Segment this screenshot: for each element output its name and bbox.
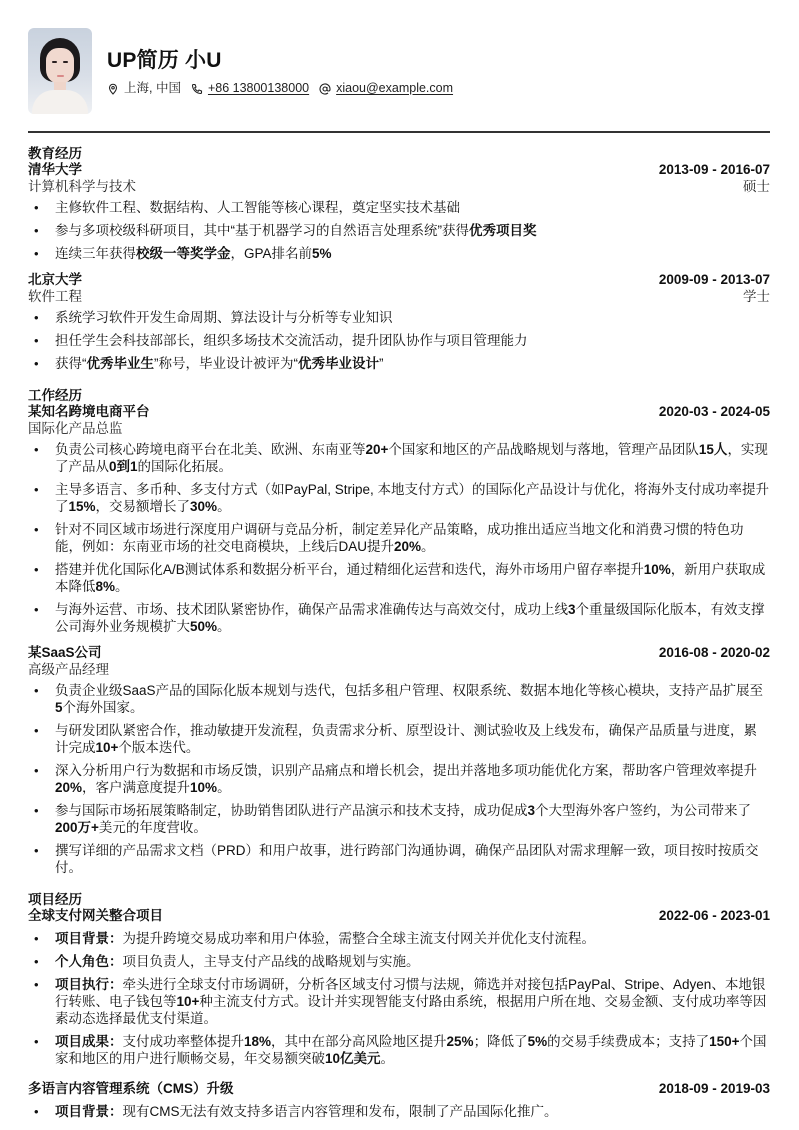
phone-link[interactable]: +86 13800138000 [208,80,309,98]
job-title: 高级产品经理 [28,661,109,678]
bold-text: 项目成果： [55,1034,123,1049]
job-title: 国际化产品总监 [28,420,123,437]
text-run: 。 [381,1051,395,1066]
major: 计算机科学与技术 [28,178,136,195]
text-run: 搭建并优化国际化A/B测试体系和数据分析平台，通过精细化运营和迭代，海外市场用户… [55,562,644,577]
bold-text: 优秀项目奖 [469,223,537,238]
map-pin-icon [107,83,119,95]
phone-icon [191,83,203,95]
date-range: 2009-09 - 2013-07 [659,272,770,288]
work-entry: 某SaaS公司2016-08 - 2020-02高级产品经理负责企业级SaaS产… [28,645,770,876]
entry-subheader: 计算机科学与技术硕士 [28,178,770,195]
text-run: 主修软件工程、数据结构、人工智能等核心课程，奠定坚实技术基础 [55,200,460,215]
school-name: 北京大学 [28,272,82,288]
bold-text: 15% [69,499,96,514]
date-range: 2016-08 - 2020-02 [659,645,770,661]
bullet-item: 项目背景：为提升跨境交易成功率和用户体验，需整合全球主流支付网关并优化支付流程。 [28,930,770,947]
bold-text: 200万+ [55,820,99,835]
bold-text: 15人 [699,442,728,457]
text-run: 连续三年获得 [55,246,136,261]
contact-phone: +86 13800138000 [191,80,309,98]
contact-email: xiaou@example.com [319,80,453,98]
entry-header: 某知名跨境电商平台2020-03 - 2024-05 [28,404,770,420]
bold-text: 50% [190,619,217,634]
section-title: 项目经历 [28,892,770,908]
company-name: 某SaaS公司 [28,645,102,661]
text-run: ，交易额增长了 [96,499,191,514]
bold-text: 5% [528,1034,548,1049]
bullet-item: 系统学习软件开发生命周期、算法设计与分析等专业知识 [28,309,770,326]
work-section: 工作经历 某知名跨境电商平台2020-03 - 2024-05国际化产品总监负责… [28,388,770,876]
bold-text: 10亿美元 [325,1051,381,1066]
text-run: 撰写详细的产品需求文档（PRD）和用户故事，进行跨部门沟通协调，确保产品团队对需… [55,843,759,875]
project-name: 全球支付网关整合项目 [28,908,163,924]
work-entry: 某知名跨境电商平台2020-03 - 2024-05国际化产品总监负责公司核心跨… [28,404,770,635]
bullet-item: 深入分析用户行为数据和市场反馈，识别产品痛点和增长机会，提出并落地多项功能优化方… [28,762,770,796]
section-title: 工作经历 [28,388,770,404]
date-range: 2018-09 - 2019-03 [659,1081,770,1097]
major: 软件工程 [28,288,82,305]
text-run: 个海外国家。 [63,700,144,715]
text-run: 个国家和地区的产品战略规划与落地，管理产品团队 [388,442,699,457]
project-entry: 多语言内容管理系统（CMS）升级2018-09 - 2019-03项目背景：现有… [28,1081,770,1120]
bold-text: 3 [568,602,576,617]
bullet-item: 参与多项校级科研项目，其中“基于机器学习的自然语言处理系统”获得优秀项目奖 [28,222,770,239]
text-run: 个版本迭代。 [118,740,199,755]
text-run: 支付成功率整体提升 [123,1034,245,1049]
date-range: 2020-03 - 2024-05 [659,404,770,420]
text-run: 美元的年度营收。 [99,820,207,835]
header-info: UP简历 小U 上海, 中国 +86 13800138000 xiaou@exa… [107,45,463,98]
bullet-item: 与海外运营、市场、技术团队紧密协作，确保产品需求准确传达与高效交付，成功上线3个… [28,601,770,635]
text-run: 的交易手续费成本；支持了 [547,1034,709,1049]
bold-text: 8% [96,579,116,594]
project-name: 多语言内容管理系统（CMS）升级 [28,1081,234,1097]
bold-text: 18% [244,1034,271,1049]
bullet-item: 负责企业级SaaS产品的国际化版本规划与迭代，包括多租户管理、权限系统、数据本地… [28,682,770,716]
bullet-list: 负责公司核心跨境电商平台在北美、欧洲、东南亚等20+个国家和地区的产品战略规划与… [28,441,770,635]
resume-header: UP简历 小U 上海, 中国 +86 13800138000 xiaou@exa… [28,28,770,114]
profile-photo [28,28,92,114]
degree: 硕士 [743,178,770,195]
text-run: 。 [217,780,231,795]
bold-text: 10% [190,780,217,795]
entry-subheader: 国际化产品总监 [28,420,770,437]
email-link[interactable]: xiaou@example.com [336,80,453,98]
text-run: 现有CMS无法有效支持多语言内容管理和发布，限制了产品国际化推广。 [123,1104,558,1119]
education-entry: 清华大学2013-09 - 2016-07计算机科学与技术硕士主修软件工程、数据… [28,162,770,262]
text-run: ，客户满意度提升 [82,780,190,795]
bold-text: 20% [55,780,82,795]
bullet-item: 搭建并优化国际化A/B测试体系和数据分析平台，通过精细化运营和迭代，海外市场用户… [28,561,770,595]
entry-subheader: 软件工程学士 [28,288,770,305]
bold-text: 优秀毕业设计 [298,356,379,371]
bold-text: 个人角色： [55,954,123,969]
bold-text: 20% [394,539,421,554]
bold-text: 20+ [366,442,389,457]
bold-text: 项目背景： [55,931,123,946]
text-run: 系统学习软件开发生命周期、算法设计与分析等专业知识 [55,310,393,325]
bullet-item: 项目执行：牵头进行全球支付市场调研，分析各区域支付习惯与法规，筛选并对接包括Pa… [28,976,770,1027]
text-run: ”称号，毕业设计被评为“ [154,356,298,371]
entry-header: 清华大学2013-09 - 2016-07 [28,162,770,178]
bold-text: 10+ [177,994,200,1009]
bullet-item: 与研发团队紧密合作，推动敏捷开发流程，负责需求分析、原型设计、测试验收及上线发布… [28,722,770,756]
text-run: 为提升跨境交易成功率和用户体验，需整合全球主流支付网关并优化支付流程。 [123,931,596,946]
bold-text: 优秀毕业生 [87,356,155,371]
date-range: 2013-09 - 2016-07 [659,162,770,178]
bullet-item: 主导多语言、多币种、多支付方式（如PayPal, Stripe, 本地支付方式）… [28,481,770,515]
bullet-item: 项目背景：现有CMS无法有效支持多语言内容管理和发布，限制了产品国际化推广。 [28,1103,770,1120]
bullet-item: 主修软件工程、数据结构、人工智能等核心课程，奠定坚实技术基础 [28,199,770,216]
bold-text: 150+ [709,1034,739,1049]
bullet-item: 参与国际市场拓展策略制定，协助销售团队进行产品演示和技术支持，成功促成3个大型海… [28,802,770,836]
bullet-list: 项目背景：现有CMS无法有效支持多语言内容管理和发布，限制了产品国际化推广。 [28,1103,770,1120]
bold-text: 0到1 [109,459,138,474]
bold-text: 5% [312,246,332,261]
bullet-item: 获得“优秀毕业生”称号，毕业设计被评为“优秀毕业设计” [28,355,770,372]
bullet-item: 担任学生会科技部部长，组织多场技术交流活动，提升团队协作与项目管理能力 [28,332,770,349]
candidate-name: UP简历 小U [107,47,463,75]
text-run: 参与国际市场拓展策略制定，协助销售团队进行产品演示和技术支持，成功促成 [55,803,528,818]
bold-text: 10% [644,562,671,577]
bold-text: 校级一等奖学金 [136,246,231,261]
bullet-item: 针对不同区域市场进行深度用户调研与竞品分析，制定差异化产品策略，成功推出适应当地… [28,521,770,555]
project-entry: 全球支付网关整合项目2022-06 - 2023-01项目背景：为提升跨境交易成… [28,908,770,1067]
bold-text: 25% [447,1034,474,1049]
entry-subheader: 高级产品经理 [28,661,770,678]
entry-header: 多语言内容管理系统（CMS）升级2018-09 - 2019-03 [28,1081,770,1097]
degree: 学士 [743,288,770,305]
projects-section: 项目经历 全球支付网关整合项目2022-06 - 2023-01项目背景：为提升… [28,892,770,1120]
bullet-item: 负责公司核心跨境电商平台在北美、欧洲、东南亚等20+个国家和地区的产品战略规划与… [28,441,770,475]
text-run: ，其中在部分高风险地区提升 [271,1034,447,1049]
text-run: 的国际化拓展。 [138,459,233,474]
school-name: 清华大学 [28,162,82,178]
text-run: 。 [217,499,231,514]
text-run: 参与多项校级科研项目，其中“基于机器学习的自然语言处理系统”获得 [55,223,469,238]
bold-text: 3 [528,803,536,818]
bullet-list: 项目背景：为提升跨境交易成功率和用户体验，需整合全球主流支付网关并优化支付流程。… [28,930,770,1067]
education-entry: 北京大学2009-09 - 2013-07软件工程学士系统学习软件开发生命周期、… [28,272,770,372]
bold-text: 项目执行： [55,977,123,992]
text-run: ” [379,356,384,371]
contact-row: 上海, 中国 +86 13800138000 xiaou@example.com [107,80,463,98]
company-name: 某知名跨境电商平台 [28,404,150,420]
location-text: 上海, 中国 [124,80,181,98]
text-run: 负责公司核心跨境电商平台在北美、欧洲、东南亚等 [55,442,366,457]
entry-header: 北京大学2009-09 - 2013-07 [28,272,770,288]
education-section: 教育经历 清华大学2013-09 - 2016-07计算机科学与技术硕士主修软件… [28,146,770,372]
entry-header: 某SaaS公司2016-08 - 2020-02 [28,645,770,661]
bullet-item: 连续三年获得校级一等奖学金，GPA排名前5% [28,245,770,262]
at-icon [319,83,331,95]
text-run: 。 [115,579,129,594]
resume-page: UP简历 小U 上海, 中国 +86 13800138000 xiaou@exa… [0,0,799,1120]
text-run: 担任学生会科技部部长，组织多场技术交流活动，提升团队协作与项目管理能力 [55,333,528,348]
bold-text: 10+ [96,740,119,755]
date-range: 2022-06 - 2023-01 [659,908,770,924]
bullet-list: 主修软件工程、数据结构、人工智能等核心课程，奠定坚实技术基础参与多项校级科研项目… [28,199,770,262]
bullet-item: 撰写详细的产品需求文档（PRD）和用户故事，进行跨部门沟通协调，确保产品团队对需… [28,842,770,876]
text-run: 。 [421,539,435,554]
text-run: 负责企业级SaaS产品的国际化版本规划与迭代，包括多租户管理、权限系统、数据本地… [55,683,763,698]
header-divider [28,131,770,133]
bullet-item: 个人角色：项目负责人，主导支付产品线的战略规划与实施。 [28,953,770,970]
text-run: 与海外运营、市场、技术团队紧密协作，确保产品需求准确传达与高效交付，成功上线 [55,602,568,617]
contact-location: 上海, 中国 [107,80,181,98]
text-run: 。 [217,619,231,634]
entry-header: 全球支付网关整合项目2022-06 - 2023-01 [28,908,770,924]
bullet-list: 系统学习软件开发生命周期、算法设计与分析等专业知识担任学生会科技部部长，组织多场… [28,309,770,372]
bullet-item: 项目成果：支付成功率整体提升18%，其中在部分高风险地区提升25%；降低了5%的… [28,1033,770,1067]
text-run: 个大型海外客户签约，为公司带来了 [535,803,751,818]
text-run: 项目负责人，主导支付产品线的战略规划与实施。 [123,954,420,969]
section-title: 教育经历 [28,146,770,162]
bold-text: 项目背景： [55,1104,123,1119]
text-run: 深入分析用户行为数据和市场反馈，识别产品痛点和增长机会，提出并落地多项功能优化方… [55,763,757,778]
text-run: ；降低了 [474,1034,528,1049]
bold-text: 30% [190,499,217,514]
bold-text: 5 [55,700,63,715]
text-run: 获得“ [55,356,87,371]
text-run: ，GPA排名前 [231,246,313,261]
bullet-list: 负责企业级SaaS产品的国际化版本规划与迭代，包括多租户管理、权限系统、数据本地… [28,682,770,876]
